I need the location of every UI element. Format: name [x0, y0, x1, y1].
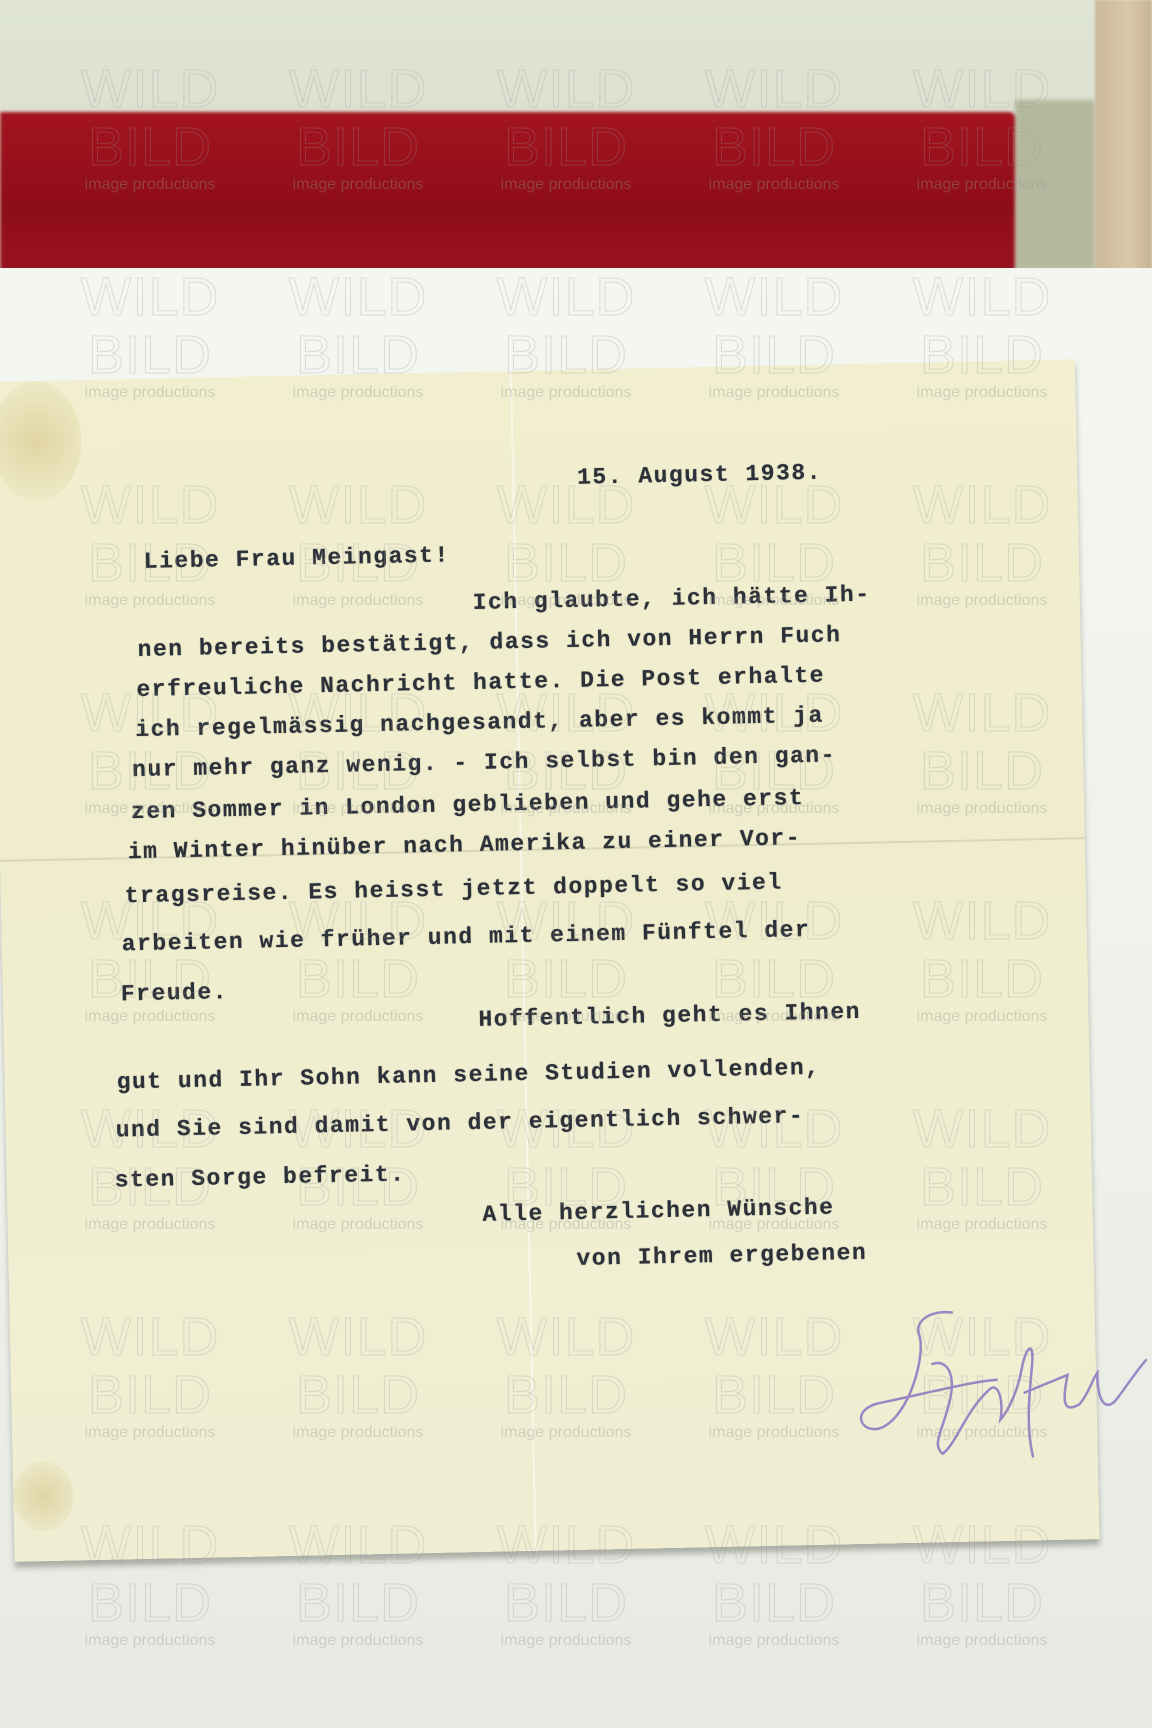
body-line: zen Sommer in London geblieben und gehe …	[131, 785, 805, 825]
closing-line: von Ihrem ergebenen	[576, 1240, 867, 1272]
background-object	[1015, 100, 1095, 270]
body-line: gut und Ihr Sohn kann seine Studien voll…	[116, 1055, 820, 1096]
wooden-frame-edge	[1095, 0, 1152, 270]
body-line: nen bereits bestätigt, dass ich von Herr…	[137, 622, 841, 663]
red-book-cover	[0, 112, 1015, 272]
body-line: im Winter hinüber nach Amerika zu einer …	[128, 825, 802, 865]
body-line: arbeiten wie früher und mit einem Fünfte…	[122, 917, 811, 957]
body-line: ich regelmässig nachgesandt, aber es kom…	[135, 703, 824, 743]
body-line: und Sie sind damit von der eigentlich sc…	[115, 1103, 804, 1143]
body-line: Hoffentlich geht es Ihnen	[478, 999, 861, 1033]
handwritten-signature	[832, 1289, 1152, 1480]
body-line: nur mehr ganz wenig. - Ich selbst bin de…	[132, 742, 836, 783]
paper-stain	[0, 380, 82, 502]
body-line: Ich glaubte, ich hätte Ih-	[472, 582, 870, 616]
closing-line: Alle herzlichen Wünsche	[482, 1194, 834, 1227]
letter-date: 15. August 1938.	[577, 460, 822, 491]
body-line: tragsreise. Es heisst jetzt doppelt so v…	[125, 870, 783, 910]
body-line: erfreuliche Nachricht hatte. Die Post er…	[136, 663, 825, 703]
fold-line-vertical	[510, 371, 537, 1551]
body-line: sten Sorge befreit.	[114, 1161, 405, 1193]
body-line: Freude.	[121, 979, 229, 1007]
paper-stain	[13, 1461, 74, 1532]
letter-salutation: Liebe Frau Meingast!	[144, 542, 451, 574]
